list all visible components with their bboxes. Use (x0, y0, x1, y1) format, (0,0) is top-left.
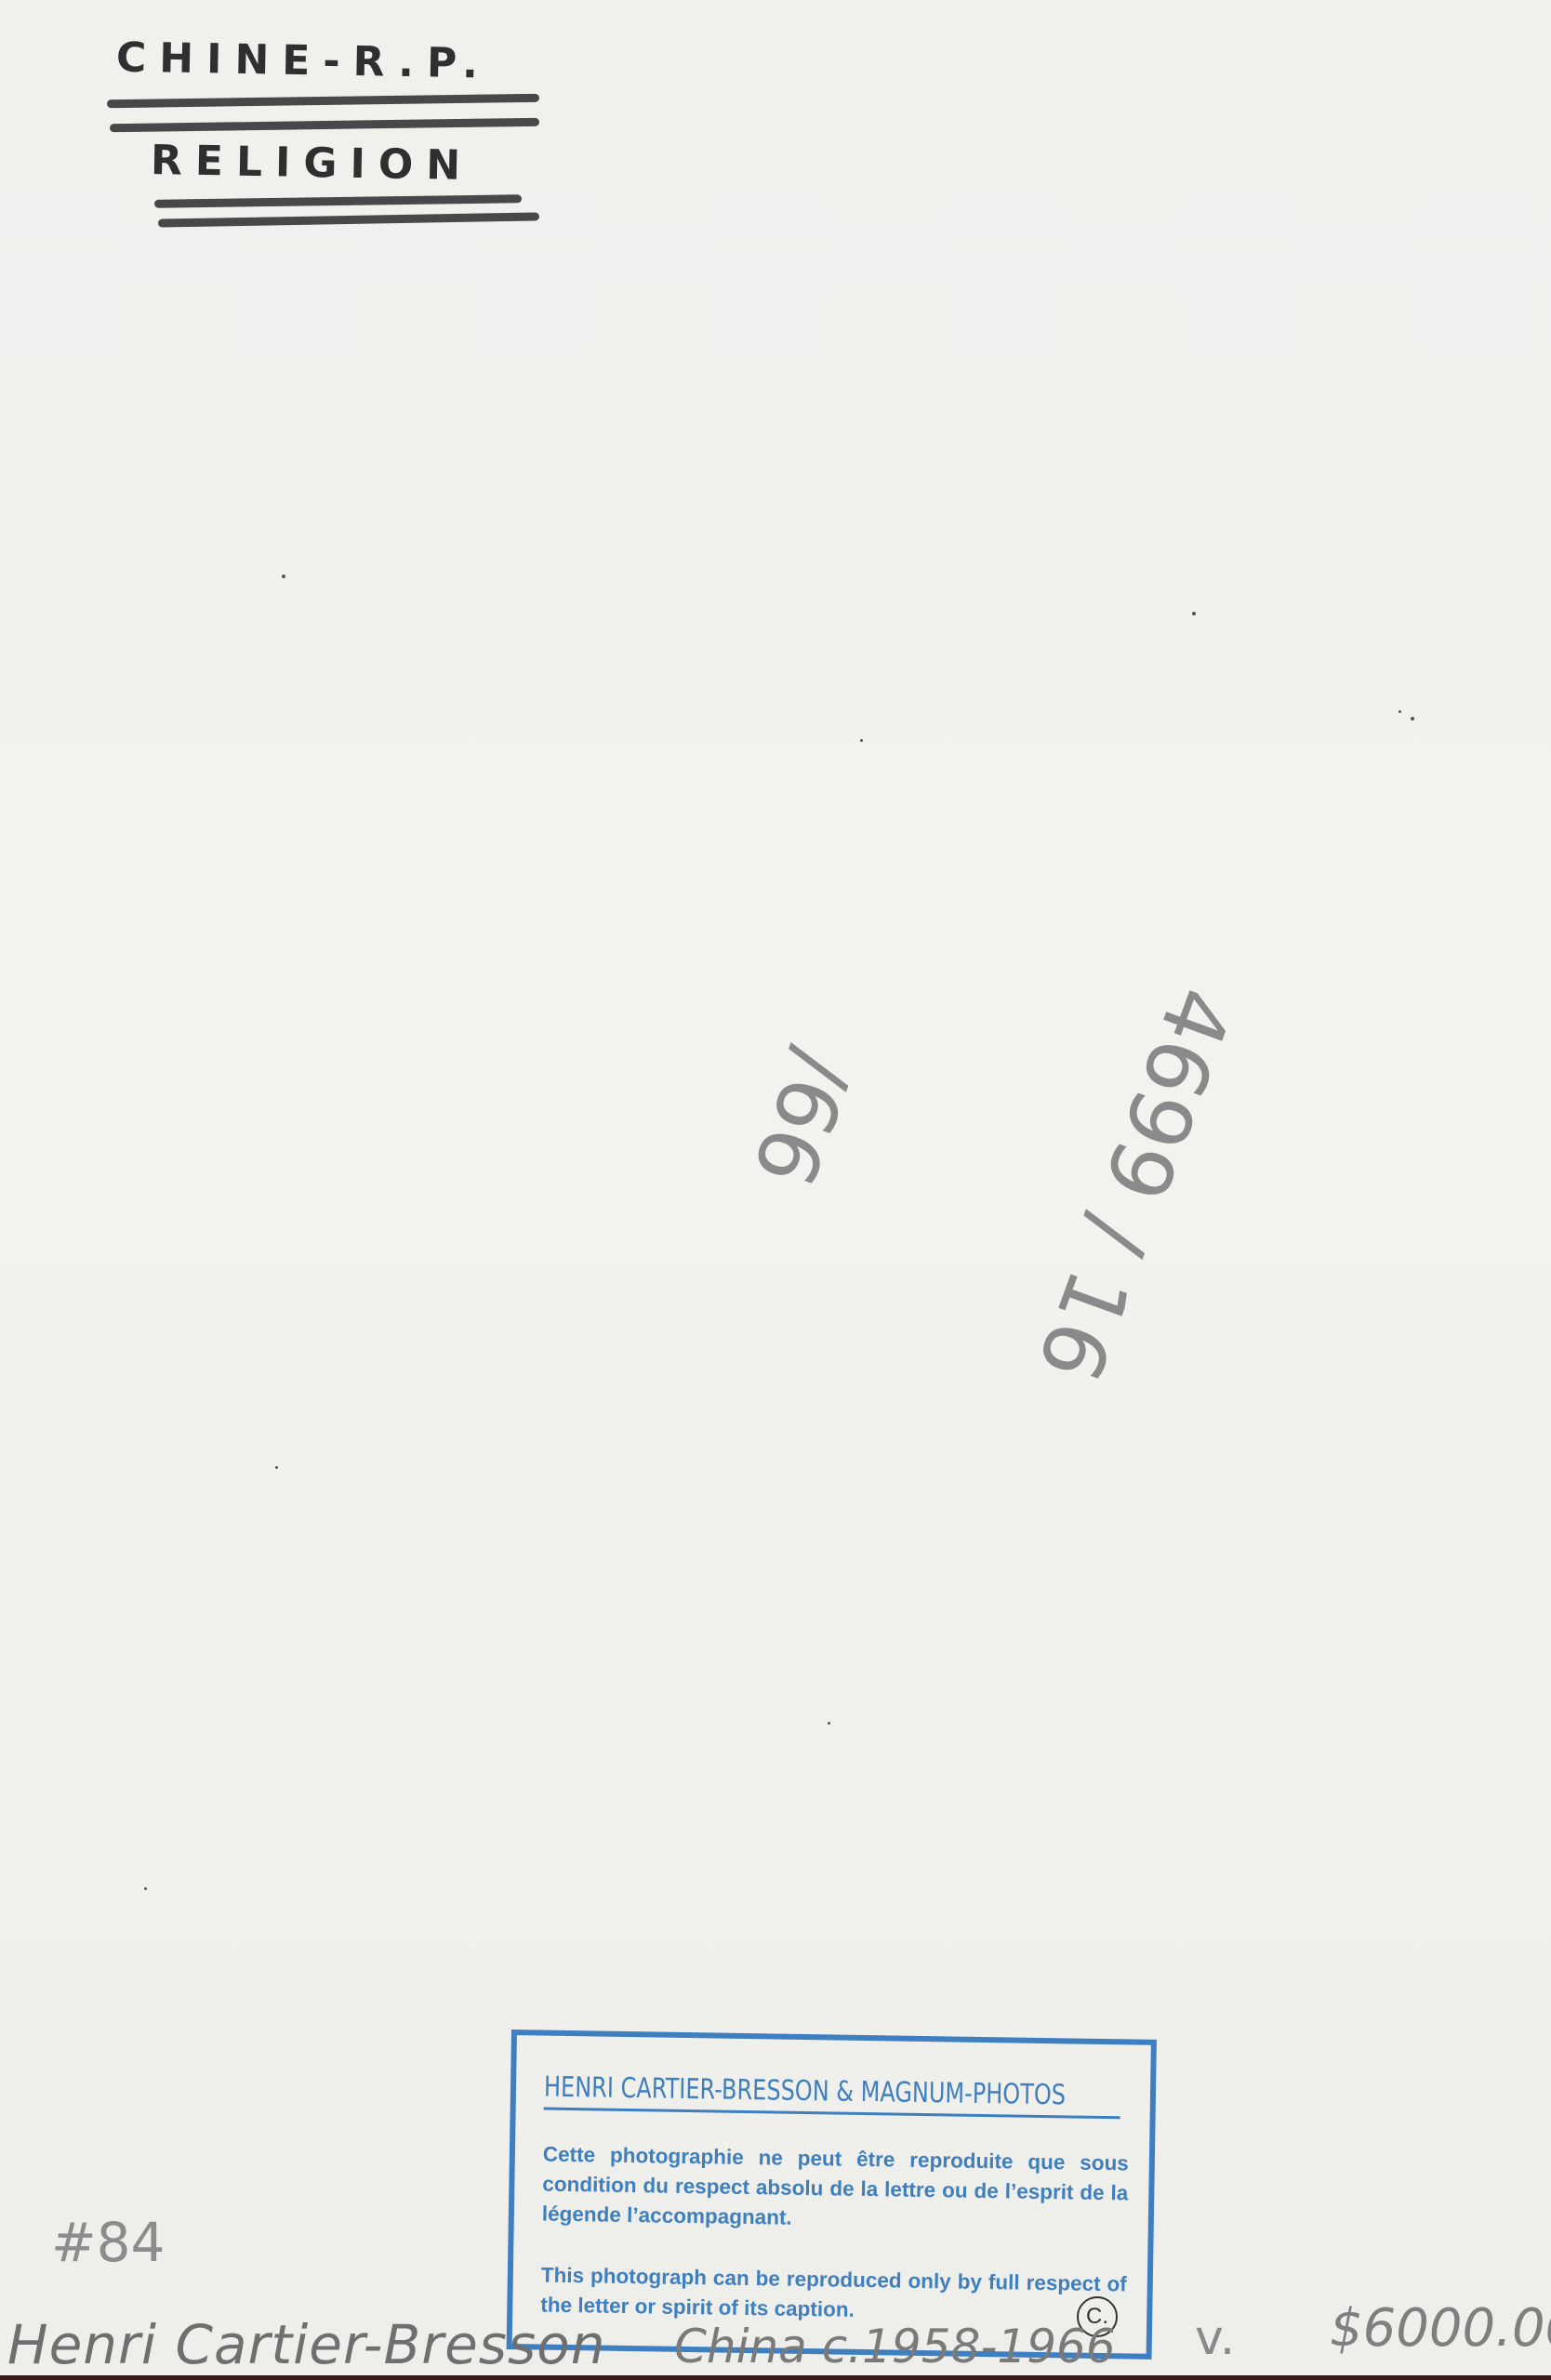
paper-speck (1399, 710, 1401, 713)
pencil-v-mark: v. (1195, 2310, 1235, 2366)
paper-speck (828, 1722, 830, 1725)
pencil-price: $6000.00 (1330, 2298, 1551, 2359)
stamp-title: HENRI CARTIER-BRESSON & MAGNUM-PHOTOS (544, 2071, 1121, 2120)
paper-speck (1192, 612, 1196, 615)
header-religion: RELIGION (151, 137, 474, 190)
paper-speck (860, 739, 863, 742)
paper-speck (282, 575, 285, 578)
pencil-item-number: #84 (51, 2211, 165, 2274)
paper-speck (144, 1887, 147, 1890)
header-chine-rp: CHINE-R.P. (116, 33, 492, 87)
stamp-french-notice: Cette photographie ne peut être reprodui… (542, 2140, 1129, 2239)
photo-verso-paper (0, 0, 1551, 2376)
magnum-copyright-stamp: HENRI CARTIER-BRESSON & MAGNUM-PHOTOS Ce… (507, 2030, 1157, 2360)
pencil-title-date: China c.1958-1966 (674, 2320, 1116, 2373)
pencil-artist-name: Henri Cartier-Bresson (7, 2313, 605, 2376)
paper-speck (275, 1466, 278, 1469)
paper-speck (1411, 717, 1414, 721)
